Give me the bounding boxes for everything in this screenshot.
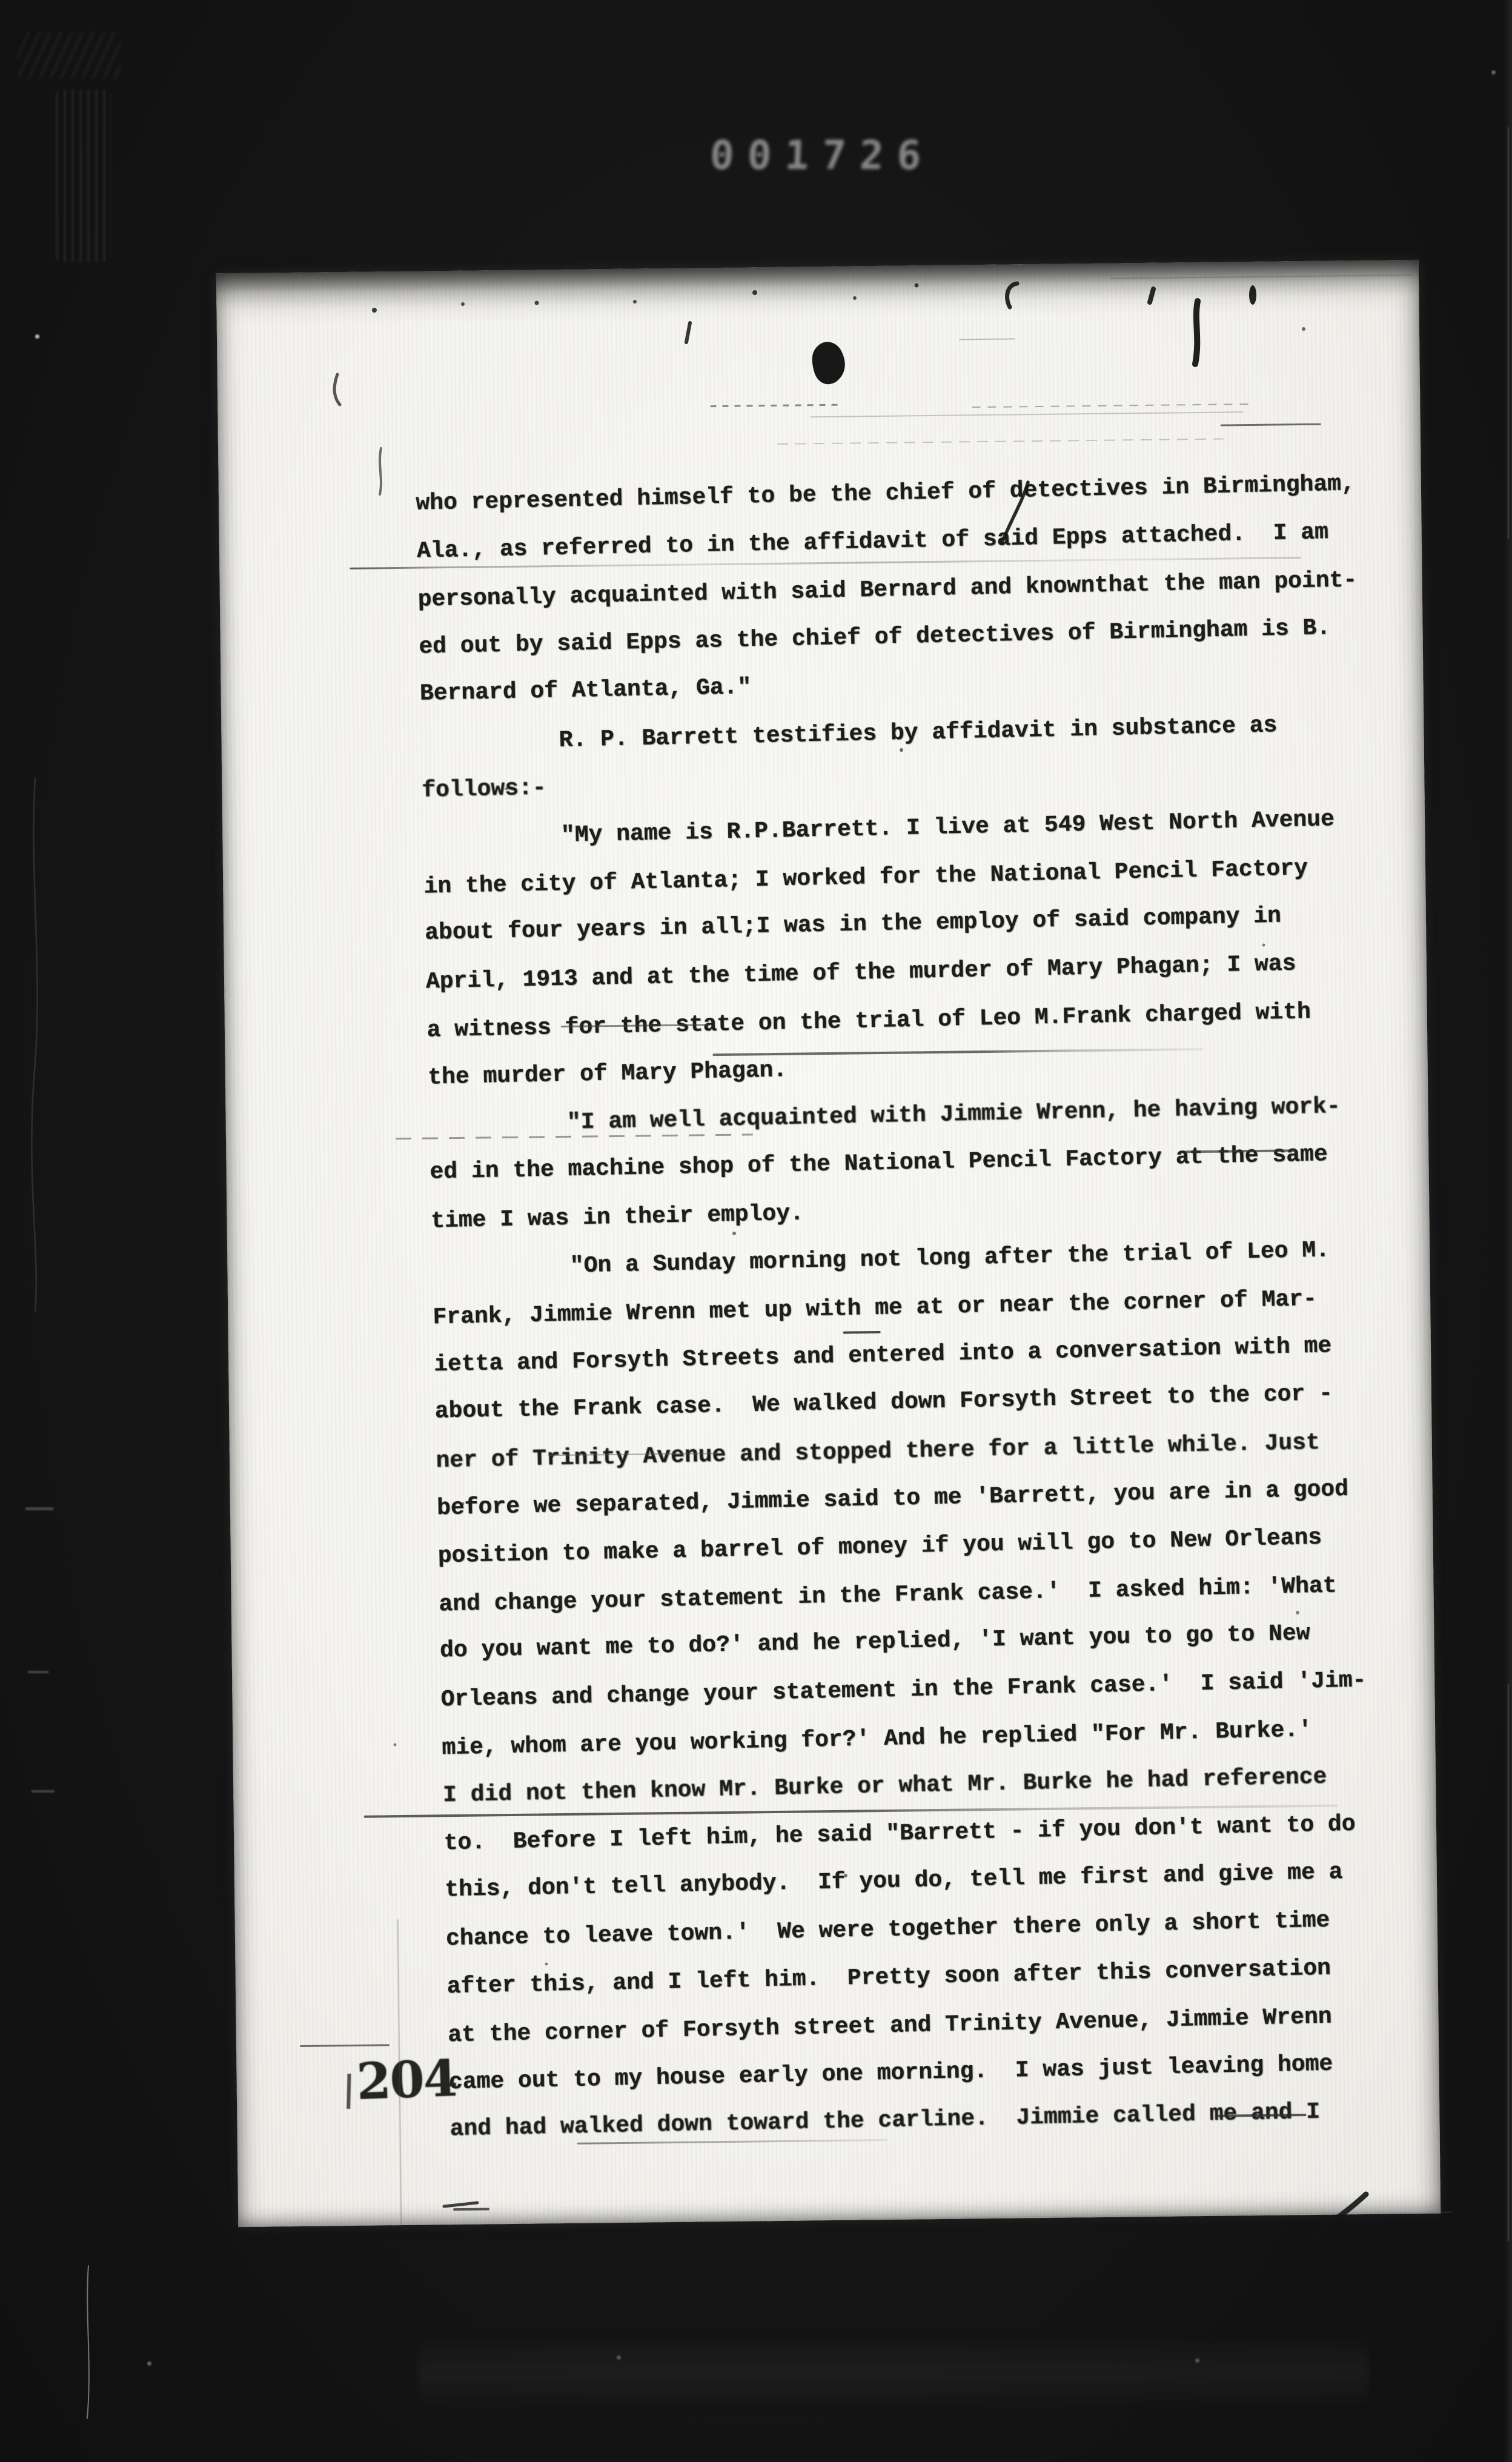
film-speck bbox=[1491, 70, 1496, 75]
underline-artifact bbox=[843, 1331, 881, 1334]
film-scratch bbox=[87, 2266, 89, 2418]
film-edge-scratch bbox=[1508, 1684, 1509, 2241]
film-corner-smudge bbox=[17, 32, 120, 79]
film-bottom-smudge bbox=[418, 2334, 1369, 2411]
page-number-stamp: 204 bbox=[356, 2049, 458, 2111]
scan-line-artifact bbox=[453, 2208, 489, 2211]
scan-line-artifact bbox=[1221, 423, 1321, 426]
film-tick bbox=[25, 1507, 53, 1510]
scan-line-artifact bbox=[777, 439, 1224, 445]
scan-line-artifact bbox=[972, 403, 1250, 408]
scan-line-artifact bbox=[859, 2211, 1453, 2219]
page-number-tick bbox=[346, 2074, 351, 2109]
film-tick bbox=[31, 1790, 55, 1793]
microfilm-scan: 001726 who represented himself to be the… bbox=[0, 0, 1512, 2462]
film-tick bbox=[28, 1671, 48, 1673]
frame-counter-stamp: 001726 bbox=[709, 132, 935, 179]
film-edge-streaks bbox=[56, 90, 111, 262]
typewritten-text: who represented himself to be the chief … bbox=[416, 459, 1411, 2154]
scan-line-artifact bbox=[1110, 274, 1413, 279]
film-speck bbox=[147, 2361, 151, 2366]
film-edge-scratch bbox=[1508, 127, 1509, 539]
scan-line-artifact bbox=[811, 411, 1244, 417]
document-page: who represented himself to be the chief … bbox=[216, 260, 1441, 2227]
scan-line-artifact bbox=[710, 404, 843, 407]
scan-line-artifact bbox=[959, 338, 1015, 340]
film-speck bbox=[35, 334, 39, 339]
scan-line-artifact bbox=[300, 2044, 390, 2047]
film-edge-wave-scratch bbox=[31, 778, 37, 1312]
